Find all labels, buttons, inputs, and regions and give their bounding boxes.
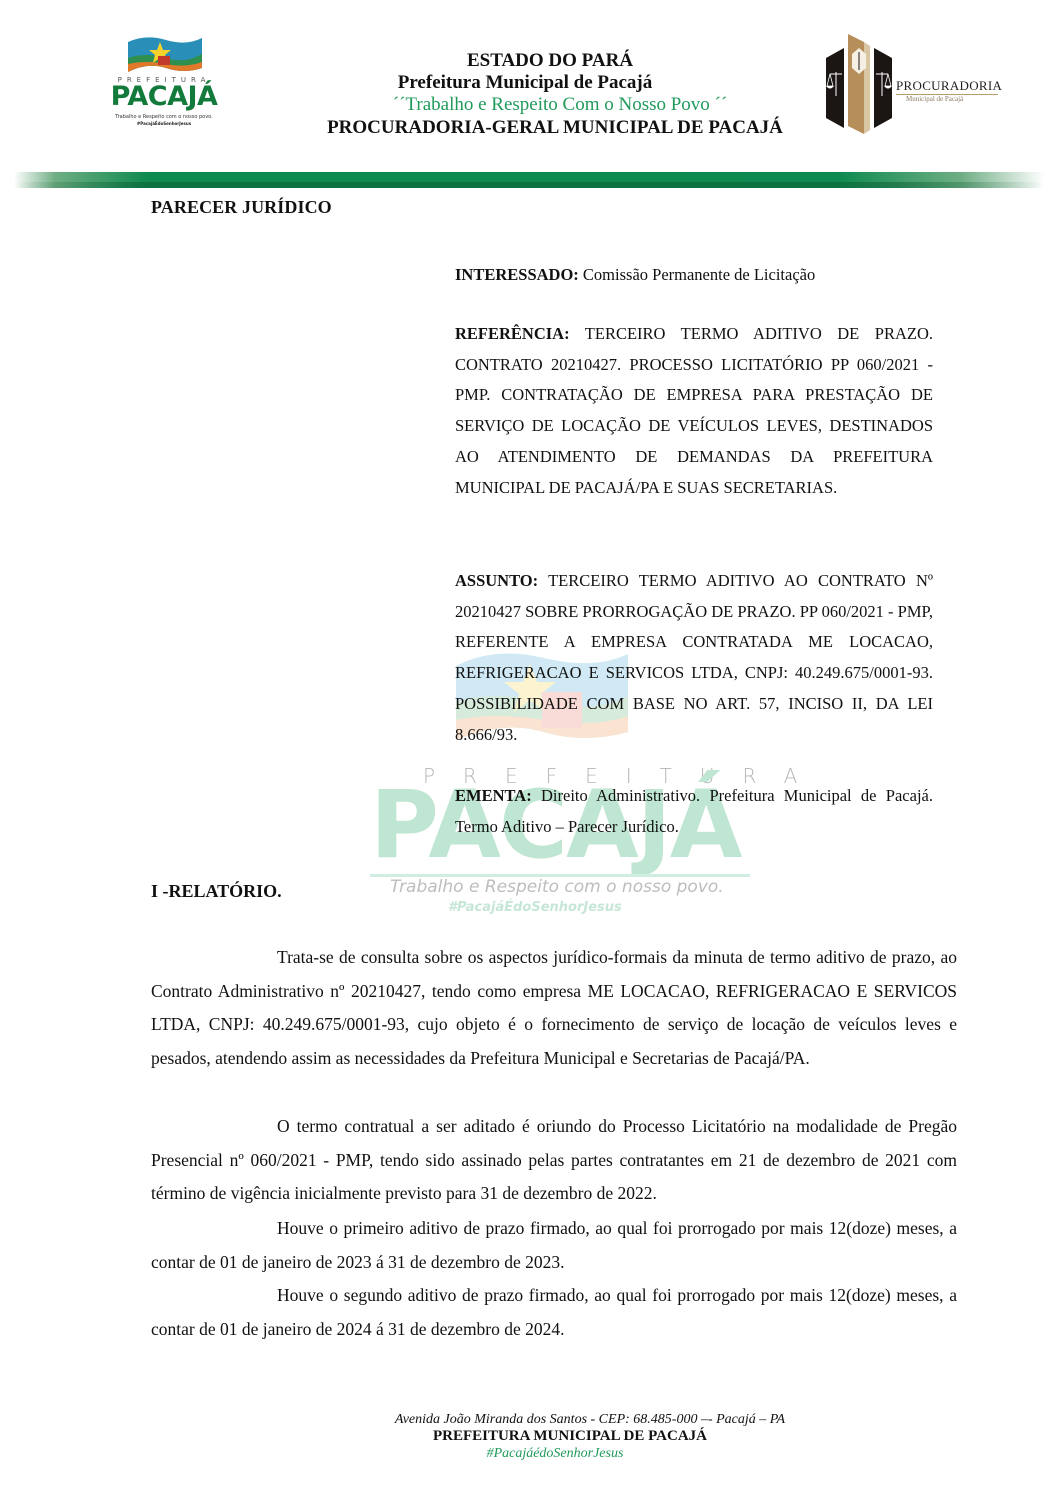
referencia-label: REFERÊNCIA: bbox=[455, 324, 570, 343]
ementa-block: EMENTA: Direito Administrativo. Prefeitu… bbox=[455, 781, 933, 842]
interessado-value: Comissão Permanente de Licitação bbox=[579, 265, 815, 284]
prefeitura-pacaja-logo: PREFEITURA PACAJÁ Trabalho e Respeito co… bbox=[100, 32, 228, 124]
watermark-hashtag: #PacajáÉdoSenhorJesus bbox=[448, 900, 622, 915]
interessado-label: INTERESSADO: bbox=[455, 265, 579, 284]
assunto-value: TERCEIRO TERMO ADITIVO AO CONTRATO Nº 20… bbox=[455, 571, 933, 744]
section-title-relatorio: I -RELATÓRIO. bbox=[151, 881, 282, 902]
procuradoria-logo: PROCURADORIA Municipal de Pacajá bbox=[822, 34, 1012, 134]
paragraph-text: Trata-se de consulta sobre os aspectos j… bbox=[151, 941, 957, 1075]
ementa-label: EMENTA: bbox=[455, 786, 532, 805]
watermark-underline bbox=[370, 874, 750, 877]
paragraph-text: O termo contratual a ser aditado é oriun… bbox=[151, 1110, 957, 1211]
assunto-label: ASSUNTO: bbox=[455, 571, 538, 590]
motto: ´´Trabalho e Respeito Com o Nosso Povo ´… bbox=[280, 94, 840, 116]
body-paragraph: Houve o primeiro aditivo de prazo firmad… bbox=[151, 1212, 957, 1279]
logo-name: PACAJÁ bbox=[100, 81, 228, 112]
paragraph-text: Houve o primeiro aditivo de prazo firmad… bbox=[151, 1212, 957, 1279]
footer-address: Avenida João Miranda dos Santos - CEP: 6… bbox=[310, 1411, 870, 1428]
state-name: ESTADO DO PARÁ bbox=[260, 50, 840, 72]
header-divider-bar bbox=[14, 172, 1044, 188]
footer-hashtag: #PacajáédoSenhorJesus bbox=[240, 1445, 870, 1462]
scales-pen-emblem-icon bbox=[822, 34, 896, 134]
document-title: PARECER JURÍDICO bbox=[151, 197, 332, 218]
assunto-block: ASSUNTO: TERCEIRO TERMO ADITIVO AO CONTR… bbox=[455, 566, 933, 750]
paragraph-text: Houve o segundo aditivo de prazo firmado… bbox=[151, 1279, 957, 1346]
municipality-name: Prefeitura Municipal de Pacajá bbox=[210, 72, 840, 94]
body-paragraph: O termo contratual a ser aditado é oriun… bbox=[151, 1110, 957, 1211]
logo-hashtag: #PacajáÉdoSenhorJesus bbox=[100, 121, 228, 126]
office-name: PROCURADORIA-GERAL MUNICIPAL DE PACAJÁ bbox=[270, 116, 840, 140]
letterhead: ESTADO DO PARÁ Prefeitura Municipal de P… bbox=[280, 50, 840, 140]
referencia-value: TERCEIRO TERMO ADITIVO DE PRAZO. CONTRAT… bbox=[455, 324, 933, 497]
referencia-block: REFERÊNCIA: TERCEIRO TERMO ADITIVO DE PR… bbox=[455, 319, 933, 503]
page-footer: Avenida João Miranda dos Santos - CEP: 6… bbox=[270, 1411, 870, 1462]
watermark-slogan: Trabalho e Respeito com o nosso povo. bbox=[390, 877, 724, 897]
footer-name: PREFEITURA MUNICIPAL DE PACAJÁ bbox=[270, 1428, 870, 1445]
procuradoria-name: PROCURADORIA bbox=[896, 78, 1002, 94]
logo-slogan: Trabalho e Respeito com o nosso povo. bbox=[100, 114, 228, 120]
interessado-block: INTERESSADO: Comissão Permanente de Lici… bbox=[455, 260, 933, 291]
procuradoria-subtitle: Municipal de Pacajá bbox=[906, 95, 963, 103]
municipal-flag-icon bbox=[126, 34, 204, 78]
body-paragraph: Trata-se de consulta sobre os aspectos j… bbox=[151, 941, 957, 1075]
body-paragraph: Houve o segundo aditivo de prazo firmado… bbox=[151, 1279, 957, 1346]
